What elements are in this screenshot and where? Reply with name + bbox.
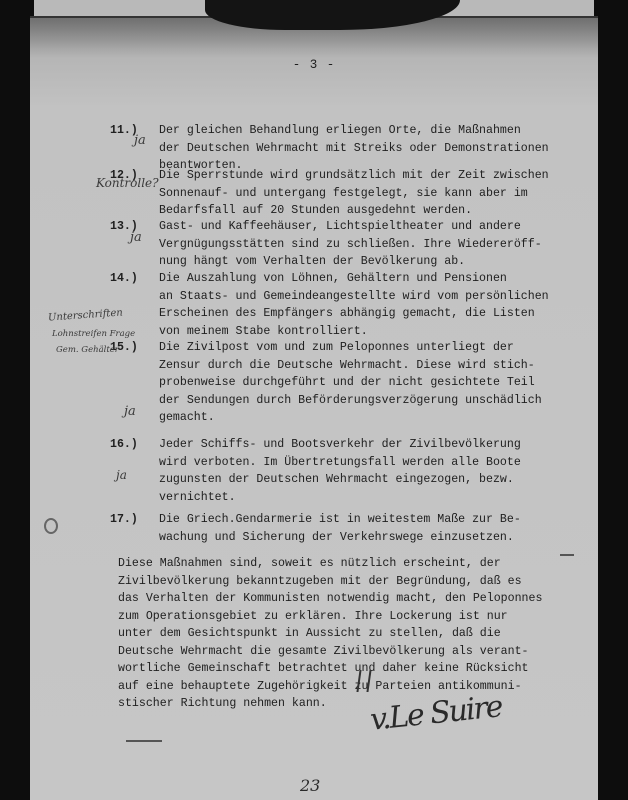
list-item-16: 16.) Jeder Schiffs- und Bootsverkehr der…	[110, 436, 580, 506]
item-line: Sonnenauf- und untergang festgelegt, sie…	[159, 185, 580, 203]
item-line: probenweise durchgeführt und der nicht g…	[159, 374, 580, 392]
margin-note-item11: ja	[134, 133, 146, 148]
document-page: - 3 - 11.) Der gleichen Behandlung erlie…	[30, 16, 598, 800]
item-number: 16.)	[110, 436, 138, 454]
stray-mark	[126, 740, 162, 742]
folio-number: 23	[300, 776, 320, 795]
item-line: wachung und Sicherung der Verkehrswege e…	[159, 529, 580, 547]
item-line: Zensur durch die Deutsche Wehrmacht. Die…	[159, 357, 580, 375]
item-line: Der gleichen Behandlung erliegen Orte, d…	[159, 122, 580, 140]
list-item-15: 15.) Die Zivilpost vom und zum Peloponne…	[110, 339, 580, 427]
item-line: Die Auszahlung von Löhnen, Gehältern und…	[159, 270, 580, 288]
list-item-12: 12.) Die Sperrstunde wird grundsätzlich …	[110, 167, 580, 220]
margin-note-item13: ja	[130, 230, 142, 245]
item-line: Vergnügungsstätten sind zu schließen. Ih…	[159, 236, 580, 254]
paragraph-line: auf eine behauptete Zugehörigkeit zu Par…	[118, 678, 568, 696]
item-line: zugunsten der Deutschen Wehrmacht eingez…	[159, 471, 580, 489]
item-line: von meinem Stabe kontrolliert.	[159, 323, 580, 341]
paragraph-line: unter dem Gesichtspunkt in Aussicht zu s…	[118, 625, 568, 643]
item-line: Bedarfsfall auf 20 Stunden ausgedehnt we…	[159, 202, 580, 220]
margin-note-item15: ja	[124, 404, 136, 419]
list-item-14: 14.) Die Auszahlung von Löhnen, Gehälter…	[110, 270, 580, 340]
item-line: der Deutschen Wehrmacht mit Streiks oder…	[159, 140, 580, 158]
item-line: an Staats- und Gemeindeangestellte wird …	[159, 288, 580, 306]
margin-note-item14-line2: Lohnstreifen Frage	[52, 329, 135, 339]
item-line: Gast- und Kaffeehäuser, Lichtspieltheate…	[159, 218, 580, 236]
item-number: 14.)	[110, 270, 138, 288]
margin-circle-mark	[44, 518, 58, 534]
item-line: Jeder Schiffs- und Bootsverkehr der Zivi…	[159, 436, 580, 454]
item-line: der Sendungen durch Beförderungsverzöger…	[159, 392, 580, 410]
page-number: - 3 -	[30, 58, 598, 72]
closing-paragraph: Diese Maßnahmen sind, soweit es nützlich…	[118, 555, 568, 713]
item-line: vernichtet.	[159, 489, 580, 507]
item-line: Die Zivilpost vom und zum Peloponnes unt…	[159, 339, 580, 357]
item-number: 17.)	[110, 511, 138, 529]
margin-note-item12: Kontrolle?	[96, 176, 159, 190]
list-item-13: 13.) Gast- und Kaffeehäuser, Lichtspielt…	[110, 218, 580, 271]
item-line: Die Griech.Gendarmerie ist in weitestem …	[159, 511, 580, 529]
list-item-17: 17.) Die Griech.Gendarmerie ist in weite…	[110, 511, 580, 546]
item-line: nung hängt vom Verhalten der Bevölkerung…	[159, 253, 580, 271]
item-line: wird verboten. Im Übertretungsfall werde…	[159, 454, 580, 472]
paragraph-line: Diese Maßnahmen sind, soweit es nützlich…	[118, 555, 568, 573]
paragraph-line: zum Operationsgebiet zu erklären. Ihre L…	[118, 608, 568, 626]
item-line: gemacht.	[159, 409, 580, 427]
paragraph-line: Deutsche Wehrmacht die gesamte Zivilbevö…	[118, 643, 568, 661]
stray-mark	[560, 554, 574, 556]
margin-note-item16: ja	[116, 468, 127, 482]
margin-note-item14-line3: Gem. Gehälter	[56, 345, 119, 355]
paragraph-line: Zivilbevölkerung bekanntzugeben mit der …	[118, 573, 568, 591]
paragraph-line: das Verhalten der Kommunisten notwendig …	[118, 590, 568, 608]
item-line: Die Sperrstunde wird grundsätzlich mit d…	[159, 167, 580, 185]
item-line: Erscheinen des Empfängers abhängig gemac…	[159, 305, 580, 323]
paragraph-line: wortliche Gemeinschaft betrachtet und da…	[118, 660, 568, 678]
